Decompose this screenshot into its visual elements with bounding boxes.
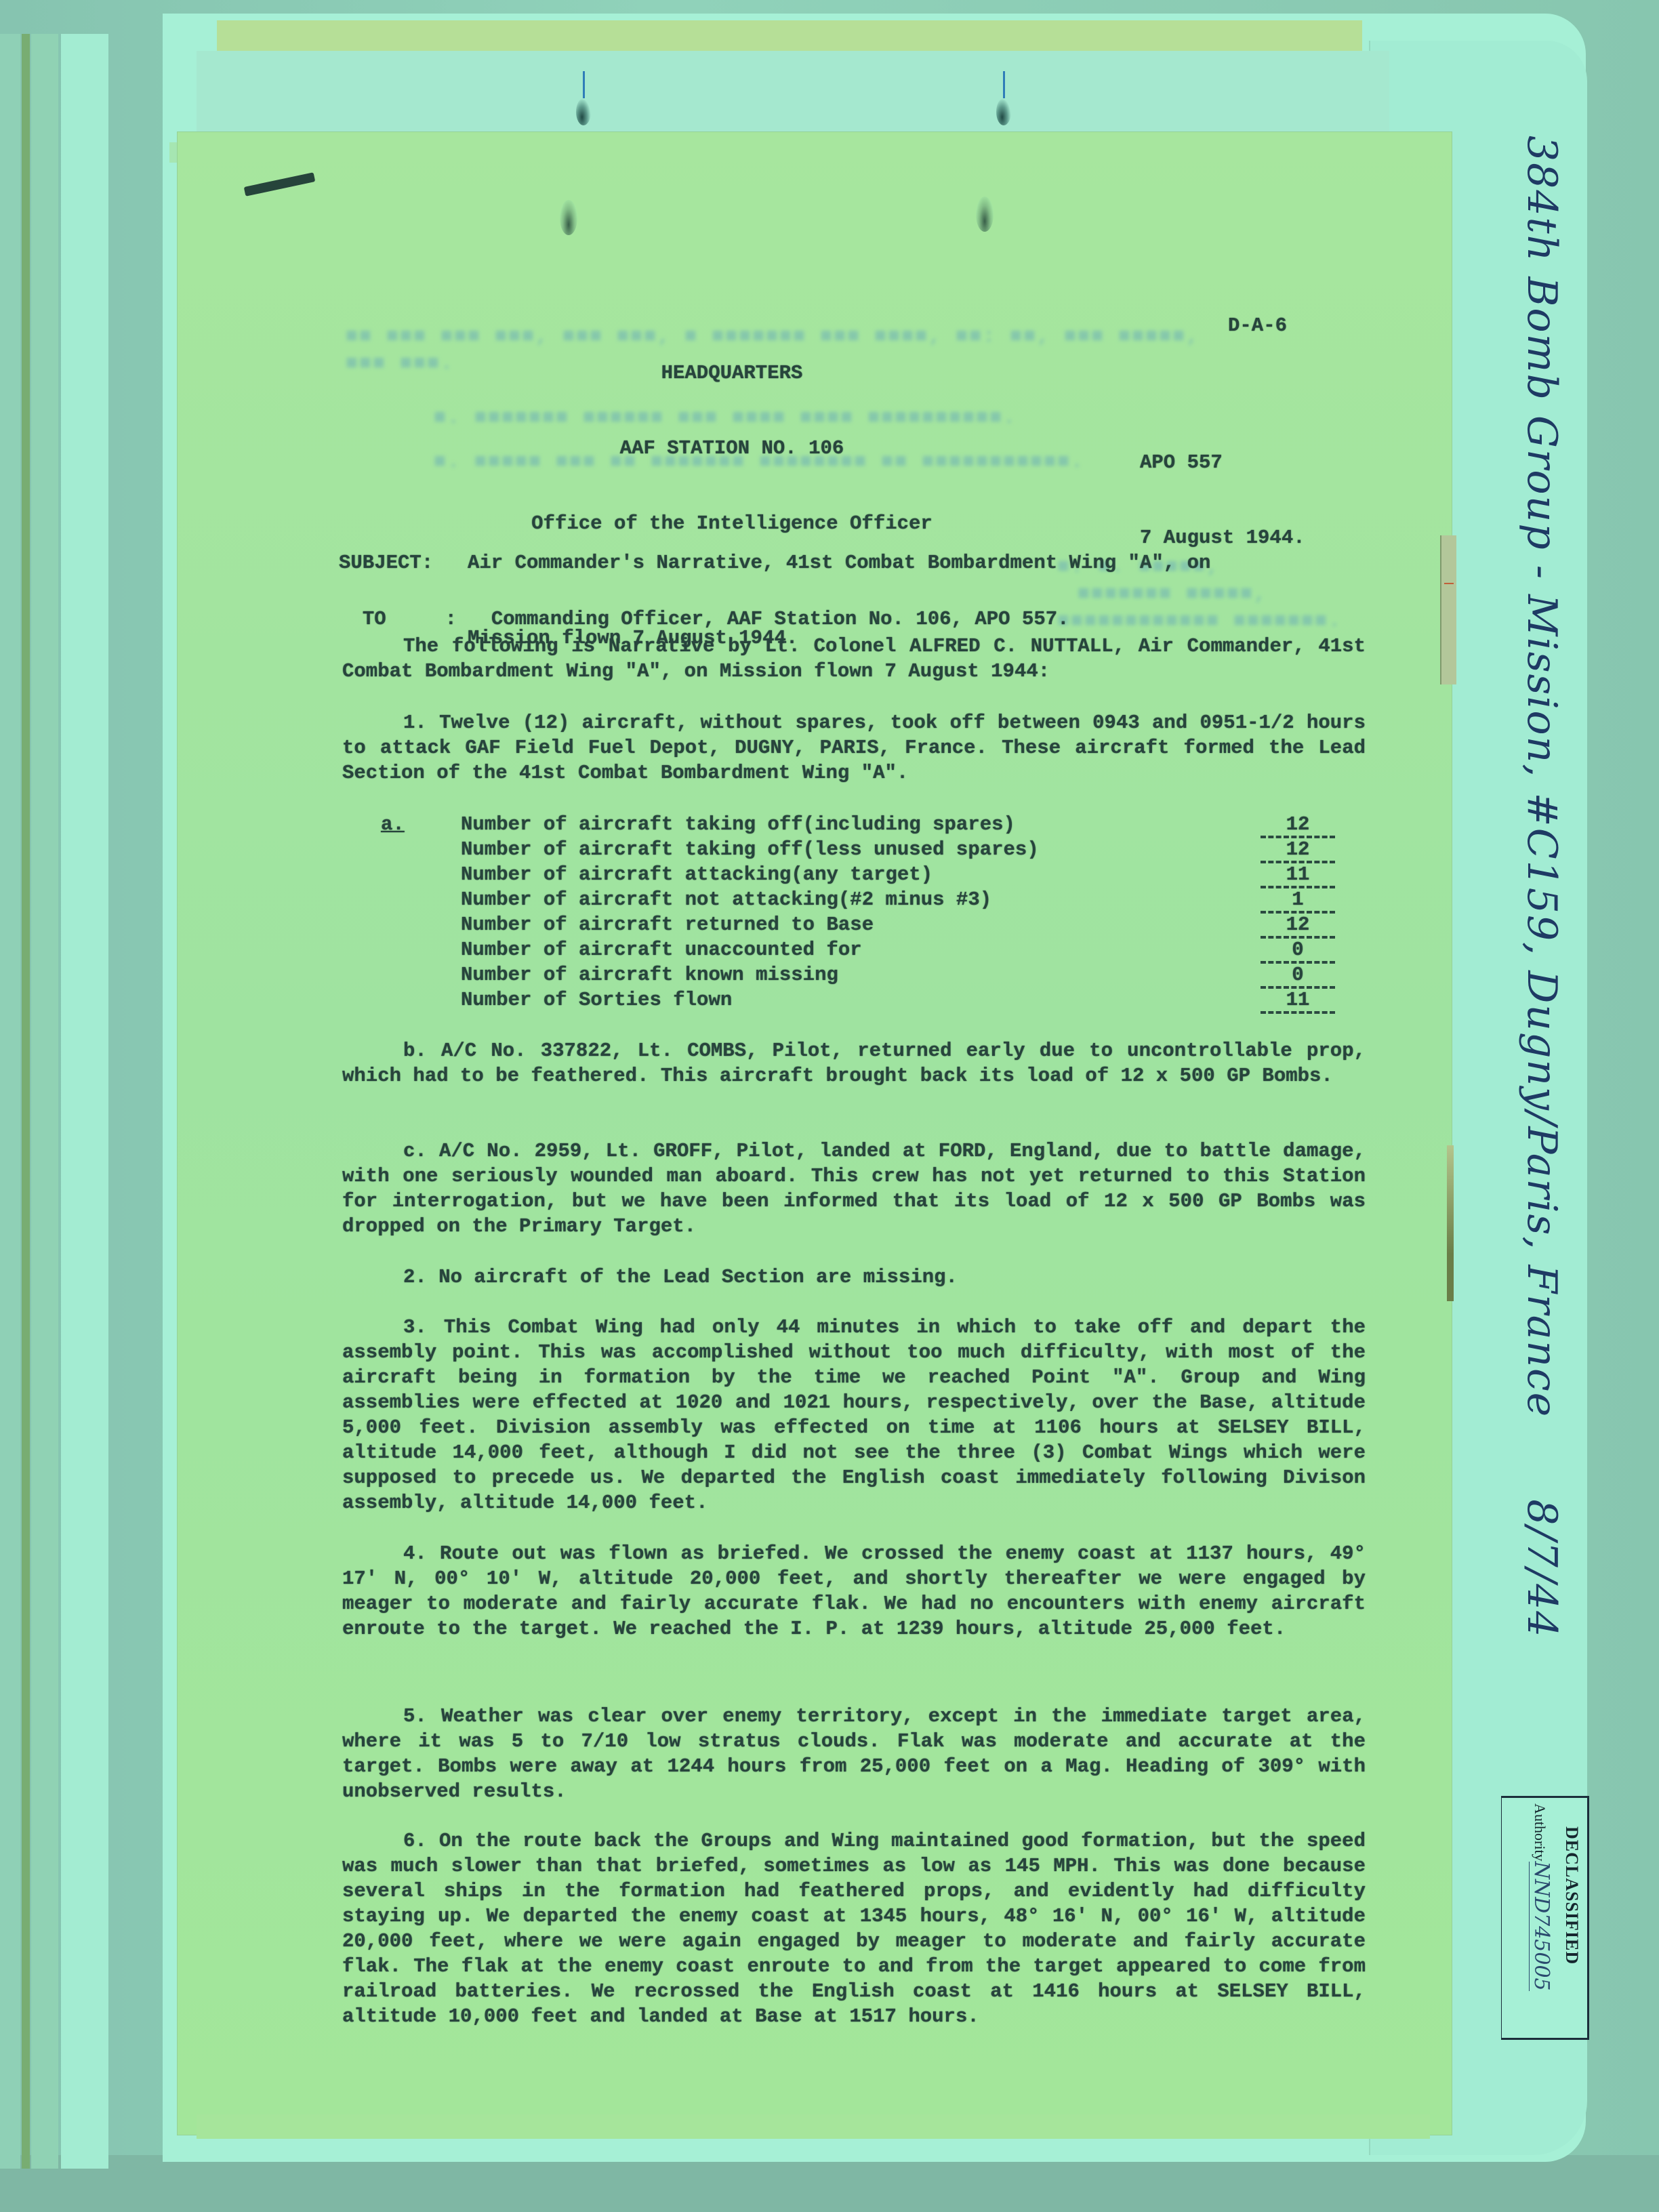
to-value: Commanding Officer, AAF Station No. 106,… <box>491 608 1069 630</box>
stamp-title: DECLASSIFIED <box>1561 1826 1582 1965</box>
paragraph-4-text: 4. Route out was flown as briefed. We cr… <box>342 1542 1366 1640</box>
document-id: D-A-6 <box>1228 313 1287 338</box>
handwritten-folder-label: 384th Bomb Group - Mission, #C159, Dugny… <box>1518 136 1565 1572</box>
punch-hole-icon <box>560 200 577 235</box>
letterhead-line-2: AAF STATION NO. 106 <box>474 436 989 461</box>
declassified-stamp: DECLASSIFIED AuthorityNND745005 <box>1501 1796 1589 2040</box>
subject-label: SUBJECT: <box>339 550 468 575</box>
tally-row: Number of aircraft returned to Base12 <box>420 914 1355 939</box>
tally-value: 1 <box>1261 888 1335 914</box>
intro-text: The following is Narrative by Lt. Colone… <box>342 635 1366 682</box>
tally-row: Number of aircraft unaccounted for0 <box>420 939 1355 964</box>
tally-row: Number of aircraft attacking(any target)… <box>420 863 1355 888</box>
stamp-authority-label: Authority <box>1532 1803 1549 1862</box>
page-bottom-edge <box>197 2114 1430 2139</box>
index-tab <box>1440 535 1456 684</box>
paragraph-3: 3. This Combat Wing had only 44 minutes … <box>342 1315 1366 1515</box>
tally-label: Number of aircraft returned to Base <box>461 914 874 936</box>
pen-mark <box>1003 71 1005 98</box>
tally-value: 11 <box>1261 989 1335 1014</box>
tally-row: Number of Sorties flown11 <box>420 989 1355 1014</box>
tab-mark <box>1444 583 1454 584</box>
table-surface-bottom <box>0 2155 1659 2212</box>
paragraph-3-text: 3. This Combat Wing had only 44 minutes … <box>342 1316 1366 1514</box>
tally-label: Number of aircraft known missing <box>461 964 838 986</box>
tally-label: Number of Sorties flown <box>461 989 732 1011</box>
tally-label: Number of aircraft taking off(less unuse… <box>461 838 1039 861</box>
apo-number: APO 557 <box>1140 450 1305 475</box>
to-separator: : <box>445 608 457 630</box>
paragraph-5: 5. Weather was clear over enemy territor… <box>342 1704 1366 1804</box>
paper-edge <box>22 34 30 2169</box>
tally-value: 12 <box>1261 914 1335 939</box>
tally-label: Number of aircraft taking off(including … <box>461 813 1015 836</box>
letterhead-line-1: HEADQUARTERS <box>474 361 989 386</box>
tally-row: Number of aircraft known missing0 <box>420 964 1355 989</box>
pen-mark <box>583 71 585 98</box>
tally-marker: a. <box>381 813 405 836</box>
paragraph-2-text: 2. No aircraft of the Lead Section are m… <box>403 1266 958 1288</box>
tally-value: 0 <box>1261 964 1335 989</box>
handwritten-date: 8/7/44 <box>1518 1499 1565 1638</box>
tally-row: a.Number of aircraft taking off(includin… <box>420 813 1355 838</box>
paragraph-6-text: 6. On the route back the Groups and Wing… <box>342 1830 1366 2028</box>
stamp-authority: AuthorityNND745005 <box>1530 1803 1553 1991</box>
to-label-text: TO <box>363 608 386 630</box>
paper-edge <box>61 34 108 2169</box>
tally-label: Number of aircraft attacking(any target) <box>461 863 933 886</box>
bleed-through-text: ■■■ ■■■. <box>346 352 454 375</box>
punch-hole-icon <box>996 98 1011 125</box>
paragraph-4: 4. Route out was flown as briefed. We cr… <box>342 1541 1366 1641</box>
tally-row: Number of aircraft not attacking(#2 minu… <box>420 888 1355 914</box>
tally-value: 12 <box>1261 813 1335 838</box>
punch-hole-icon <box>976 197 994 232</box>
to-label: TO : <box>363 607 491 632</box>
paragraph-1c: c. A/C No. 2959, Lt. GROFF, Pilot, lande… <box>342 1139 1366 1239</box>
tally-value: 0 <box>1261 939 1335 964</box>
underlying-sheet <box>197 51 1389 139</box>
index-tab <box>1447 1145 1454 1301</box>
paragraph-1-text: 1. Twelve (12) aircraft, without spares,… <box>342 712 1366 784</box>
stamp-authority-number: NND745005 <box>1529 1862 1553 1991</box>
tally-value: 11 <box>1261 863 1335 888</box>
paragraph-6: 6. On the route back the Groups and Wing… <box>342 1828 1366 2029</box>
tally-value: 12 <box>1261 838 1335 863</box>
paragraph-2: 2. No aircraft of the Lead Section are m… <box>342 1265 1366 1290</box>
subject-line-1: Air Commander's Narrative, 41st Combat B… <box>468 550 1210 575</box>
tally-label: Number of aircraft not attacking(#2 minu… <box>461 888 991 911</box>
aircraft-tally-table: a.Number of aircraft taking off(includin… <box>420 813 1355 1014</box>
paragraph-1b-text: b. A/C No. 337822, Lt. COMBS, Pilot, ret… <box>342 1040 1366 1087</box>
punch-hole-icon <box>576 98 591 125</box>
tally-row: Number of aircraft taking off(less unuse… <box>420 838 1355 863</box>
paragraph-1: 1. Twelve (12) aircraft, without spares,… <box>342 710 1366 785</box>
paragraph-1b: b. A/C No. 337822, Lt. COMBS, Pilot, ret… <box>342 1038 1366 1088</box>
handwritten-mission-note: 384th Bomb Group - Mission, #C159, Dugny… <box>1518 136 1565 1418</box>
paper-edge <box>31 34 58 2169</box>
paper-edge <box>0 34 20 2169</box>
intro-paragraph: The following is Narrative by Lt. Colone… <box>342 634 1366 684</box>
paragraph-5-text: 5. Weather was clear over enemy territor… <box>342 1705 1366 1803</box>
paragraph-1c-text: c. A/C No. 2959, Lt. GROFF, Pilot, lande… <box>342 1140 1366 1237</box>
tally-label: Number of aircraft unaccounted for <box>461 939 862 961</box>
adjacent-paper-stack <box>0 34 108 2169</box>
to-block: TO :Commanding Officer, AAF Station No. … <box>339 581 1069 632</box>
